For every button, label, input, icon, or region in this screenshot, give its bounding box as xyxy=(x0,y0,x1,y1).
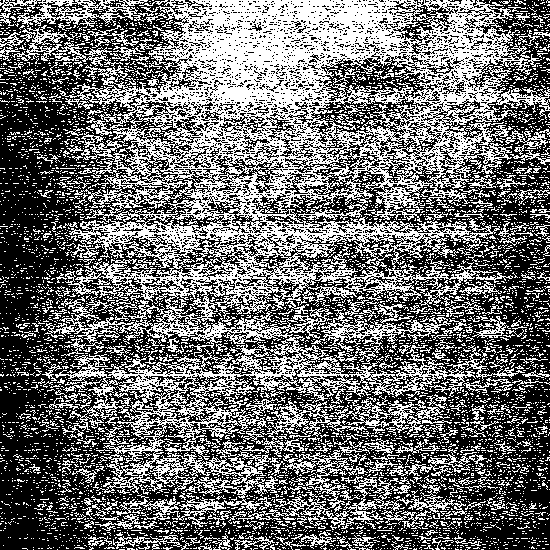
scanned-photo-page xyxy=(0,0,550,550)
dithered-photo-canvas xyxy=(0,0,550,550)
dithered-photograph xyxy=(0,0,550,550)
